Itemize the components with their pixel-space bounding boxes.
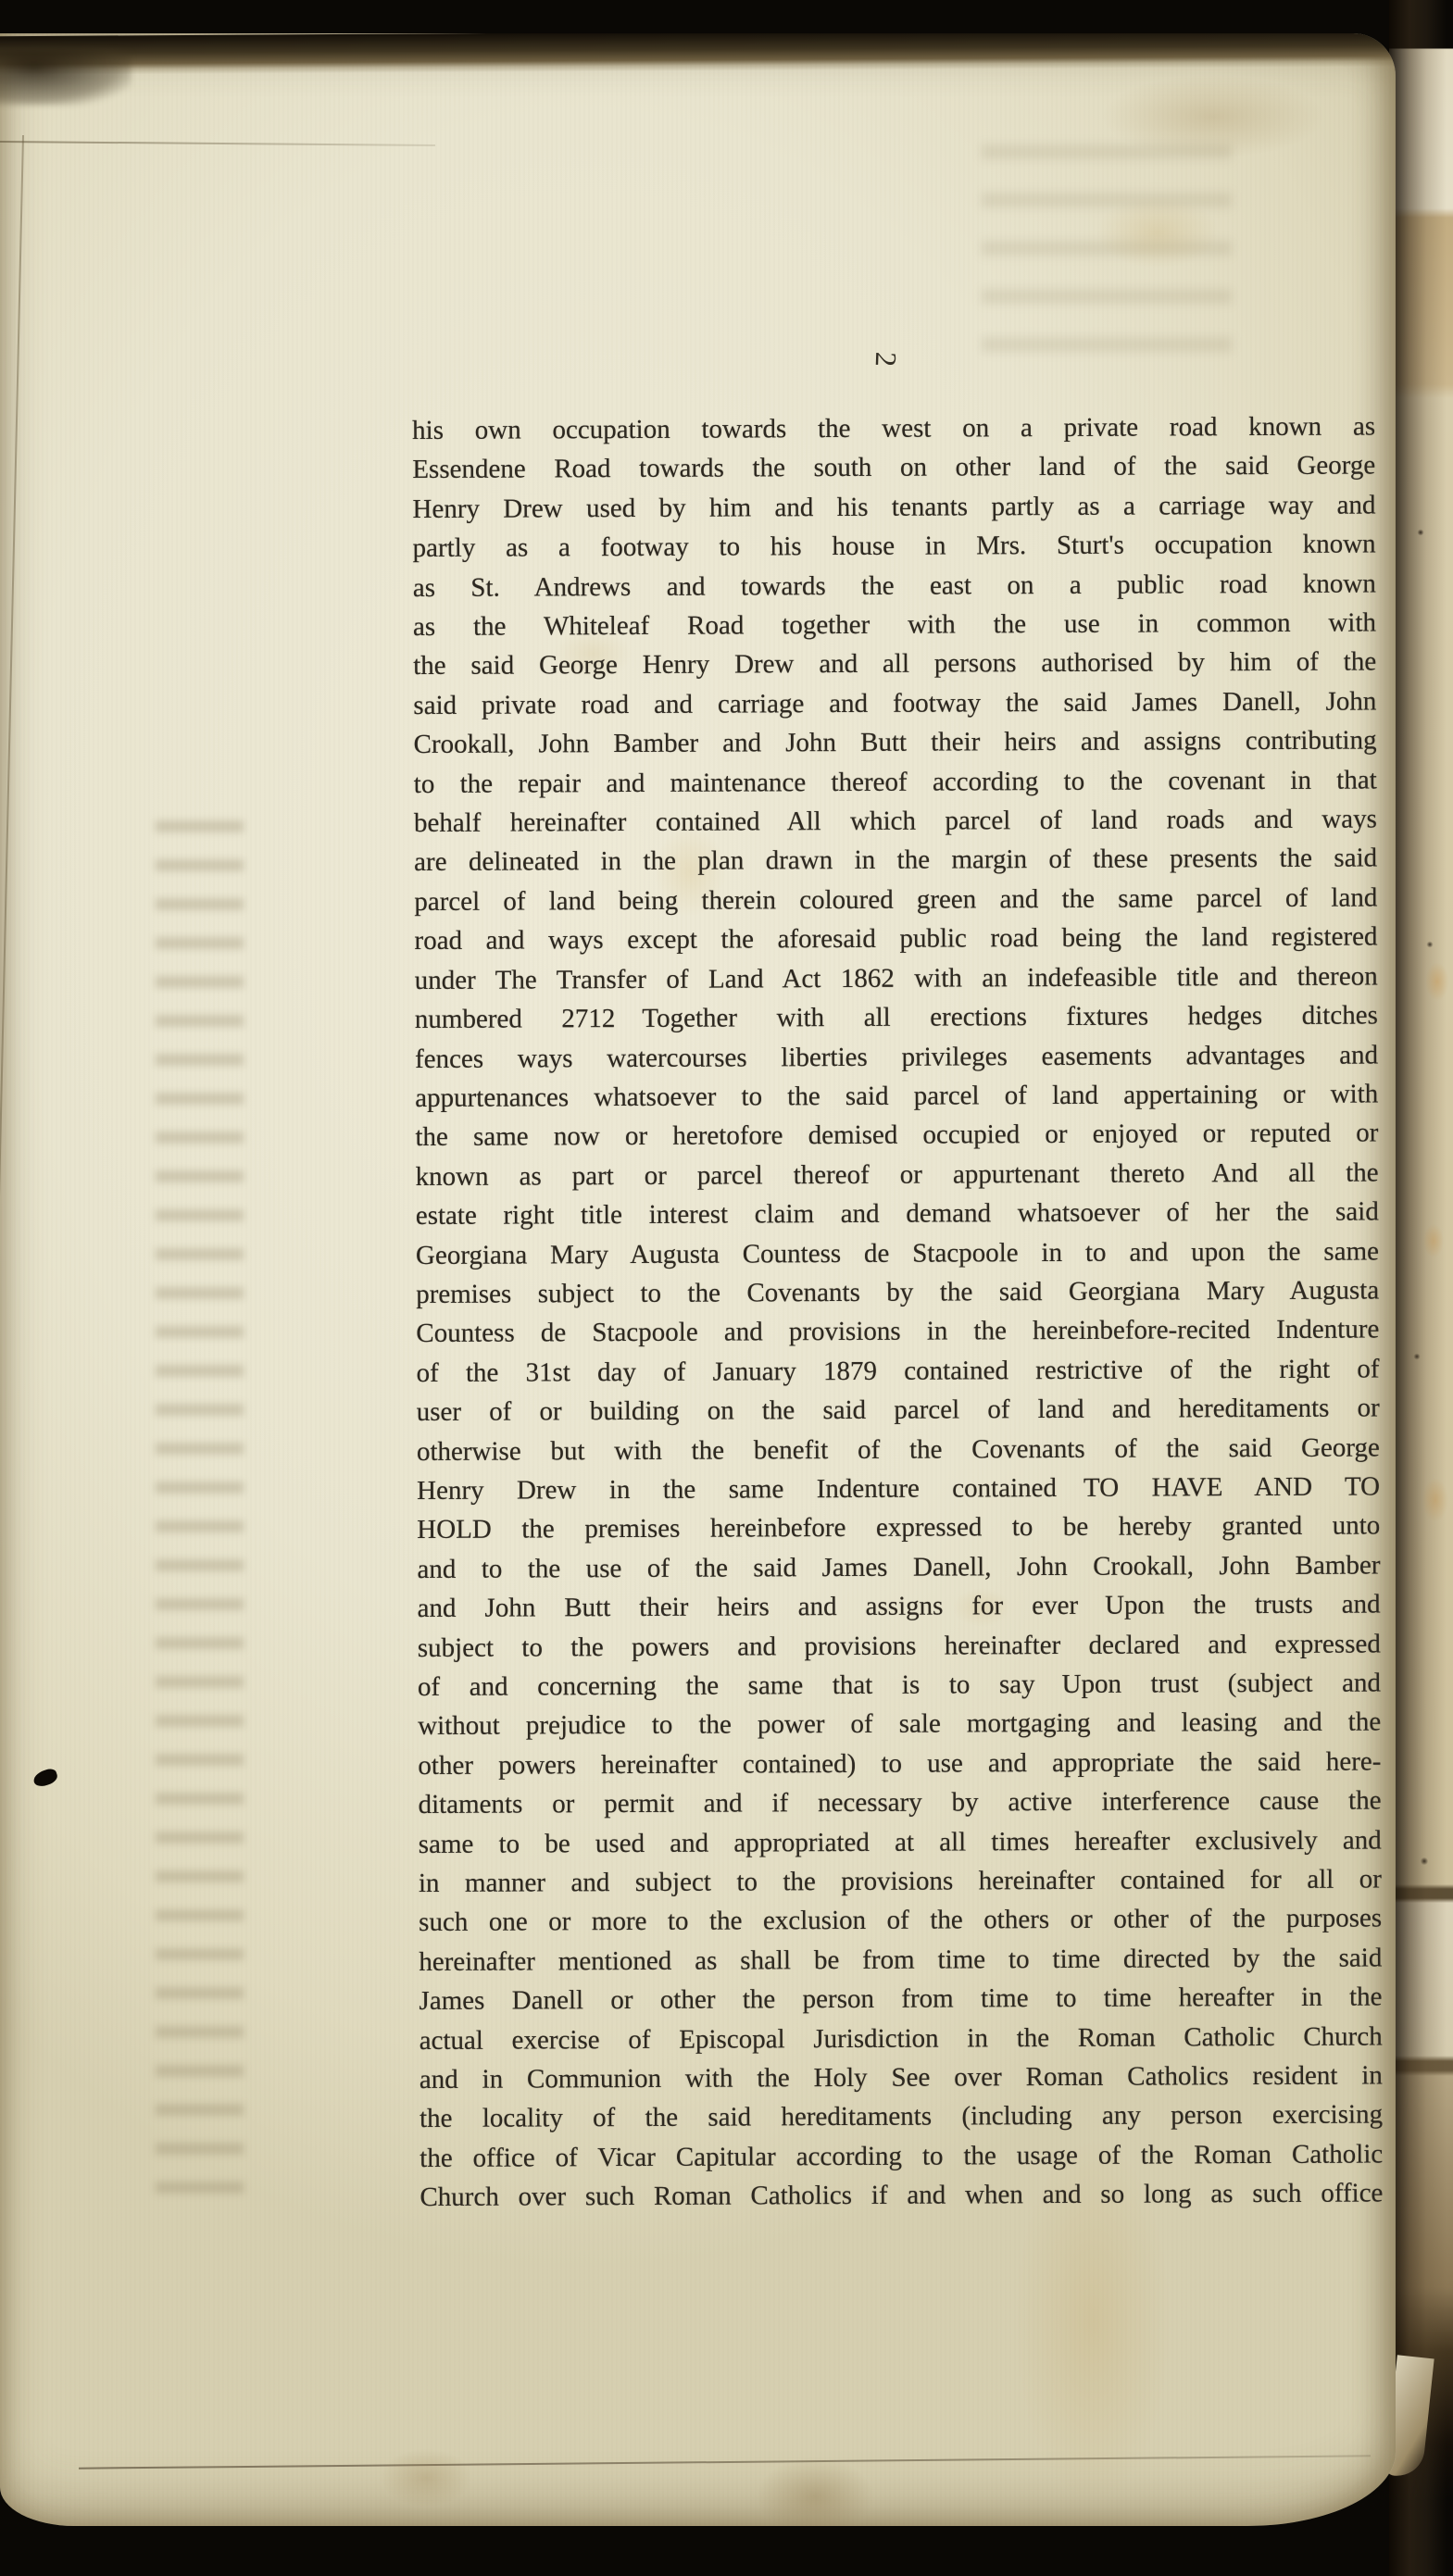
text-line: ditaments or permit and if necessary by … [418, 1782, 1381, 1825]
text-line: Henry Drew in the same Indenture contain… [417, 1467, 1380, 1510]
text-line: actual exercise of Episcopal Jurisdictio… [420, 2017, 1383, 2060]
text-line: otherwise but with the benefit of the Co… [417, 1428, 1380, 1471]
text-line: to the repair and maintenance thereof ac… [414, 760, 1377, 804]
text-line: the locality of the said hereditaments (… [420, 2095, 1383, 2139]
page-number: 2 [869, 351, 904, 368]
text-line: appurtenances whatsoever to the said par… [415, 1074, 1378, 1118]
scanned-book-photo: 2 his own occupation towards the west on… [0, 0, 1453, 2576]
text-line: under The Transfer of Land Act 1862 with… [415, 957, 1378, 1000]
text-line: road and ways except the aforesaid publi… [414, 918, 1377, 961]
text-line: of and concerning the same that is to sa… [418, 1663, 1381, 1707]
text-line: James Danell or other the person from ti… [419, 1978, 1382, 2021]
text-line: his own occupation towards the west on a… [412, 406, 1375, 450]
text-line: estate right title interest claim and de… [416, 1193, 1379, 1236]
book-fore-edge-pages [1389, 0, 1453, 2576]
text-line: and to the use of the said James Danell,… [417, 1545, 1380, 1589]
text-line: parcel of land being therein coloured gr… [414, 878, 1377, 921]
text-line: HOLD the premises hereinbefore expressed… [417, 1507, 1380, 1550]
text-line: and in Communion with the Holy See over … [420, 2057, 1383, 2100]
text-line: the said George Henry Drew and all perso… [413, 643, 1376, 686]
text-line: same to be used and appropriated at all … [419, 1820, 1382, 1864]
text-line: hereinafter mentioned as shall be from t… [419, 1938, 1382, 1982]
text-line: Church over such Roman Catholics if and … [420, 2174, 1383, 2218]
text-line: as the Whiteleaf Road together with the … [413, 603, 1376, 646]
text-line: numbered 2712 Together with all erection… [415, 996, 1378, 1040]
text-line: in manner and subject to the provisions … [419, 1859, 1382, 1903]
text-line: the same now or heretofore demised occup… [415, 1114, 1378, 1157]
text-line: such one or more to the exclusion of the… [419, 1899, 1382, 1943]
text-line: subject to the powers and provisions her… [418, 1624, 1381, 1668]
document-page: 2 his own occupation towards the west on… [0, 33, 1396, 2526]
text-line: and John Butt their heirs and assigns fo… [418, 1585, 1381, 1629]
text-line: Henry Drew used by him and his tenants p… [412, 485, 1375, 529]
text-line: without prejudice to the power of sale m… [418, 1703, 1381, 1746]
text-line: Georgiana Mary Augusta Countess de Stacp… [416, 1232, 1379, 1275]
text-line: said private road and carriage and footw… [413, 682, 1376, 725]
text-line: premises subject to the Covenants by the… [416, 1270, 1379, 1314]
text-line: fences ways watercourses liberties privi… [415, 1035, 1378, 1079]
text-line: partly as a footway to his house in Mrs.… [413, 525, 1376, 569]
text-line: as St. Andrews and towards the east on a… [413, 564, 1376, 607]
text-line: behalf hereinafter contained All which p… [414, 800, 1377, 844]
text-line: Countess de Stacpoole and provisions in … [416, 1310, 1379, 1354]
text-line: of the 31st day of January 1879 containe… [416, 1349, 1379, 1393]
text-line: Crookall, John Bamber and John Butt thei… [413, 721, 1376, 765]
document-text-block: his own occupation towards the west on a… [412, 406, 1384, 2217]
text-line: user of or building on the said parcel o… [417, 1389, 1380, 1432]
text-line: Essendene Road towards the south on othe… [412, 446, 1375, 490]
text-line: the office of Vicar Capitular according … [420, 2134, 1383, 2178]
text-line: are delineated in the plan drawn in the … [414, 839, 1377, 882]
text-line: known as part or parcel thereof or appur… [416, 1153, 1379, 1196]
text-line: other powers hereinafter contained) to u… [418, 1742, 1381, 1785]
